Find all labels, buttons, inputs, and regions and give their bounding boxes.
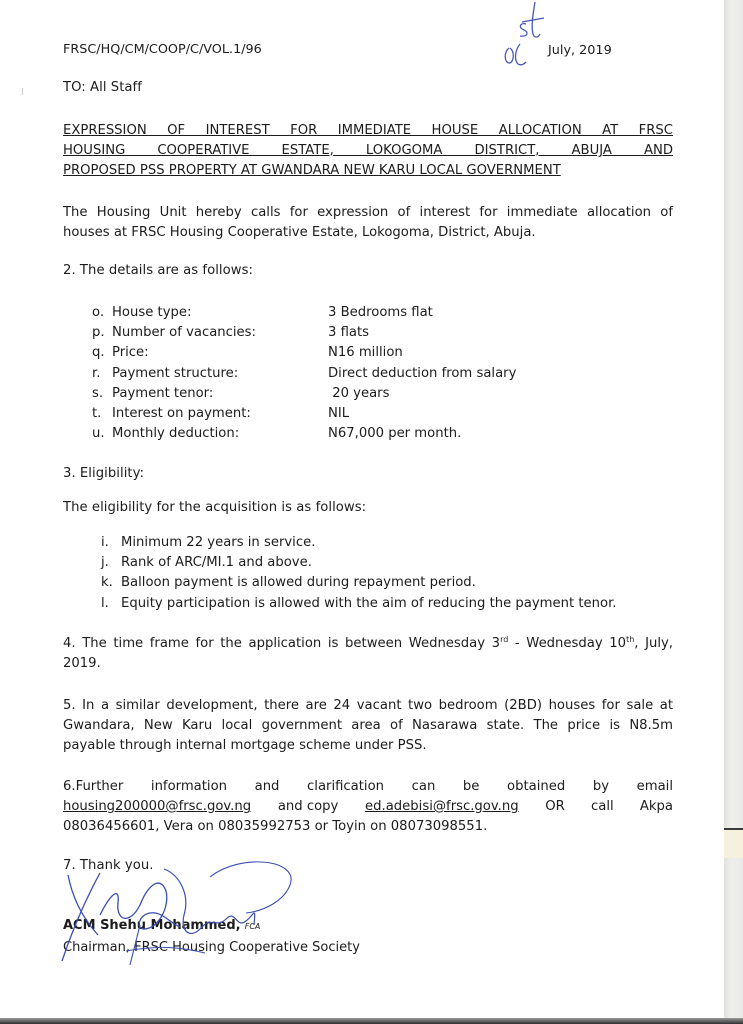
eligibility-intro: The eligibility for the acquisition is a… [63,500,366,515]
eligibility-list: i.Minimum 22 years in service. j.Rank of… [101,533,616,614]
text-run: 4. The time frame for the application is… [63,636,500,651]
text-run: and copy [278,797,339,817]
detail-label: Number of vacancies: [112,323,328,343]
section-5-line: Gwandara, New Karu local government area… [63,716,673,736]
scan-bottom-edge [0,1018,743,1024]
list-marker: u. [92,424,112,444]
detail-row: r.Payment structure:Direct deduction fro… [92,364,516,384]
intro-paragraph: The Housing Unit hereby calls for expres… [63,203,673,243]
section-3-title: 3. Eligibility: [63,466,144,481]
reference-number: FRSC/HQ/CM/COOP/C/VOL.1/96 [63,42,262,57]
eligibility-item: i.Minimum 22 years in service. [101,533,616,553]
intro-line: The Housing Unit hereby calls for expres… [63,203,673,223]
list-marker: k. [101,573,121,593]
recipient-line: TO: All Staff [63,80,142,95]
signer-name: ACM Shehu Mohammed, FCA [63,918,260,933]
section-4-line: 2019. [63,656,101,671]
list-marker: p. [92,323,112,343]
detail-row: s.Payment tenor: 20 years [92,384,516,404]
signer-name-text: ACM Shehu Mohammed, [63,918,241,933]
section-6-line: 6.Further information and clarification … [63,777,673,797]
eligibility-text: Minimum 22 years in service. [121,533,315,553]
scan-mark [22,88,26,95]
detail-row: o.House type:3 Bedrooms flat [92,303,516,323]
section-6-line: housing200000@frsc.gov.ng and copy ed.ad… [63,797,673,817]
detail-value: 20 years [328,384,389,404]
list-marker: s. [92,384,112,404]
eligibility-text: Balloon payment is allowed during repaym… [121,573,476,593]
letter-heading: EXPRESSION OF INTEREST FOR IMMEDIATE HOU… [63,121,673,181]
list-marker: j. [101,553,121,573]
heading-line: HOUSING COOPERATIVE ESTATE, LOKOGOMA DIS… [63,141,673,161]
list-marker: r. [92,364,112,384]
letter-date: July, 2019 [548,43,612,58]
scan-edge-tab [724,828,743,858]
email-link-adebisi[interactable]: ed.adebisi@frsc.gov.ng [365,797,519,817]
detail-value: 3 flats [328,323,369,343]
detail-label: Price: [112,343,328,363]
eligibility-item: l.Equity participation is allowed with t… [101,594,616,614]
closing-line: 7. Thank you. [63,858,154,873]
eligibility-item: k.Balloon payment is allowed during repa… [101,573,616,593]
detail-label: House type: [112,303,328,323]
intro-line: houses at FRSC Housing Cooperative Estat… [63,225,536,240]
section-5-line: 5. In a similar development, there are 2… [63,696,673,716]
detail-value: 3 Bedrooms flat [328,303,433,323]
section-6-paragraph: 6.Further information and clarification … [63,777,673,837]
list-marker: t. [92,404,112,424]
detail-value: Direct deduction from salary [328,364,516,384]
signer-credential: FCA [245,922,261,931]
heading-line: EXPRESSION OF INTEREST FOR IMMEDIATE HOU… [63,121,673,141]
eligibility-text: Rank of ARC/MI.1 and above. [121,553,312,573]
text-run: - Wednesday 10 [508,636,626,651]
document-page: FRSC/HQ/CM/COOP/C/VOL.1/96 July, 2019 TO… [0,0,724,1018]
email-link-housing[interactable]: housing200000@frsc.gov.ng [63,797,251,817]
detail-value: N67,000 per month. [328,424,461,444]
list-marker: i. [101,533,121,553]
text-run: OR call Akpa [545,797,673,817]
eligibility-text: Equity participation is allowed with the… [121,594,616,614]
detail-row: p.Number of vacancies:3 flats [92,323,516,343]
section-6-line: 08036456601, Vera on 08035992753 or Toyi… [63,819,487,834]
eligibility-item: j.Rank of ARC/MI.1 and above. [101,553,616,573]
detail-row: t.Interest on payment:NIL [92,404,516,424]
detail-row: q.Price:N16 million [92,343,516,363]
detail-value: N16 million [328,343,403,363]
detail-label: Payment structure: [112,364,328,384]
signer-role: Chairman, FRSC Housing Cooperative Socie… [63,940,360,955]
detail-label: Payment tenor: [112,384,328,404]
section-4-line: 4. The time frame for the application is… [63,634,673,654]
section-5-line: payable through internal mortgage scheme… [63,738,427,753]
section-5-paragraph: 5. In a similar development, there are 2… [63,696,673,756]
detail-value: NIL [328,404,349,424]
section-4-paragraph: 4. The time frame for the application is… [63,634,673,674]
list-marker: l. [101,594,121,614]
text-run: , July, [634,636,673,651]
details-list: o.House type:3 Bedrooms flat p.Number of… [92,303,516,444]
detail-label: Interest on payment: [112,404,328,424]
detail-row: u.Monthly deduction:N67,000 per month. [92,424,516,444]
list-marker: o. [92,303,112,323]
detail-label: Monthly deduction: [112,424,328,444]
scan-edge [724,0,743,1018]
section-2-title: 2. The details are as follows: [63,263,253,278]
heading-line: PROPOSED PSS PROPERTY AT GWANDARA NEW KA… [63,161,673,181]
list-marker: q. [92,343,112,363]
